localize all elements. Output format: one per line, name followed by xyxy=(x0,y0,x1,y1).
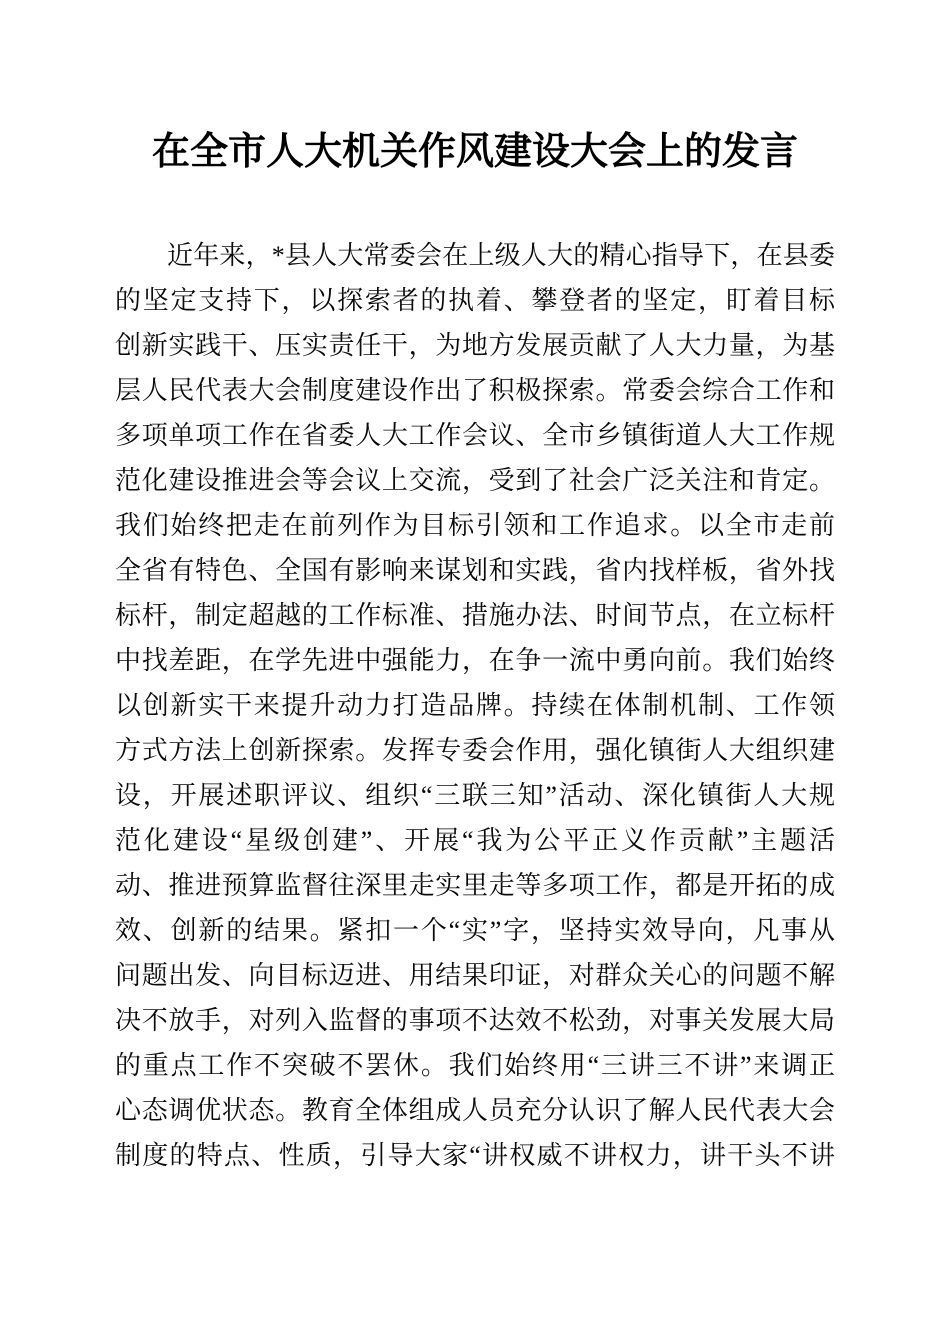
paragraph-line: 范化建设推进会等会议上交流，受到了社会广泛关注和肯定。 xyxy=(115,458,835,503)
paragraph-line: 层人民代表大会制度建设作出了积极探索。常委会综合工作和 xyxy=(115,368,835,413)
paragraph-line: 中找差距，在学先进中强能力，在争一流中勇向前。我们始终 xyxy=(115,638,835,683)
paragraph-line: 范化建设“星级创建”、开展“我为公平正义作贡献”主题活 xyxy=(115,818,835,863)
paragraph-line: 标杆，制定超越的工作标准、措施办法、时间节点，在立标杆 xyxy=(115,593,835,638)
paragraph-line: 的坚定支持下，以探索者的执着、攀登者的坚定，盯着目标干、 xyxy=(115,278,835,323)
paragraph-line: 的重点工作不突破不罢休。我们始终用“三讲三不讲”来调正 xyxy=(115,1043,835,1088)
paragraph-line: 制度的特点、性质，引导大家“讲权威不讲权力，讲干头不讲 xyxy=(115,1133,835,1178)
paragraph-line: 动、推进预算监督往深里走实里走等多项工作，都是开拓的成 xyxy=(115,863,835,908)
paragraph-line: 设，开展述职评议、组织“三联三知”活动、深化镇街人大规 xyxy=(115,773,835,818)
paragraph-line: 问题出发、向目标迈进、用结果印证，对群众关心的问题不解 xyxy=(115,953,835,998)
paragraph-line: 效、创新的结果。紧扣一个“实”字，坚持实效导向，凡事从 xyxy=(115,908,835,953)
paragraph-line: 我们始终把走在前列作为目标引领和工作追求。以全市走前列、 xyxy=(115,503,835,548)
document-body: 近年来，*县人大常委会在上级人大的精心指导下，在县委 的坚定支持下，以探索者的执… xyxy=(115,233,835,1178)
paragraph-line: 创新实践干、压实责任干，为地方发展贡献了人大力量，为基 xyxy=(115,323,835,368)
page-title: 在全市人大机关作风建设大会上的发言 xyxy=(115,0,835,176)
paragraph-line: 以创新实干来提升动力打造品牌。持续在体制机制、工作领域、 xyxy=(115,683,835,728)
paragraph-line: 心态调优状态。教育全体组成人员充分认识了解人民代表大会 xyxy=(115,1088,835,1133)
paragraph-line: 决不放手，对列入监督的事项不达效不松劲，对事关发展大局 xyxy=(115,998,835,1043)
paragraph-line: 方式方法上创新探索。发挥专委会作用，强化镇街人大组织建 xyxy=(115,728,835,773)
paragraph-line: 近年来，*县人大常委会在上级人大的精心指导下，在县委 xyxy=(115,233,835,278)
paragraph-line: 全省有特色、全国有影响来谋划和实践，省内找样板，省外找 xyxy=(115,548,835,593)
paragraph-line: 多项单项工作在省委人大工作会议、全市乡镇街道人大工作规 xyxy=(115,413,835,458)
document-page: 在全市人大机关作风建设大会上的发言 近年来，*县人大常委会在上级人大的精心指导下… xyxy=(0,0,950,1344)
